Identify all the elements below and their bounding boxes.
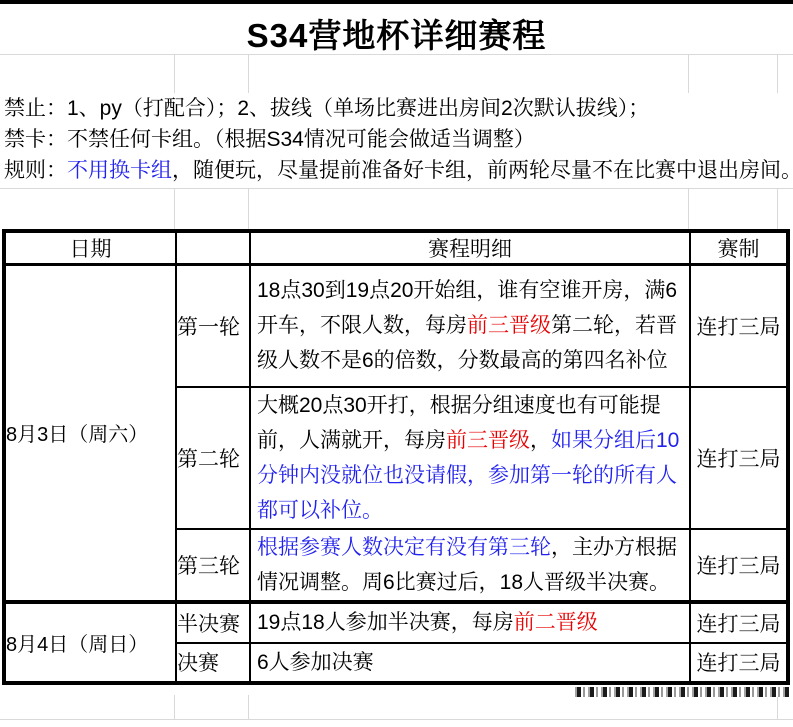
schedule-table: 日期 赛程明细 赛制 8月3日（周六） 第一轮 18点30到19点20开始组，谁… bbox=[2, 229, 790, 685]
detail-text: 18点30到19点20开始组，谁有空谁开房，满6 开车，不限人数，每房前三晋级第… bbox=[251, 273, 689, 378]
round-label: 第一轮 bbox=[176, 265, 250, 387]
rule-text: 禁卡：不禁任何卡组。（根据S34情况可能会做适当调整） bbox=[4, 128, 535, 151]
page-title: S34营地杯详细赛程 bbox=[0, 10, 793, 57]
document-page: { "title": "S34营地杯详细赛程", "rules": { "lin… bbox=[0, 0, 793, 727]
round-label: 决赛 bbox=[176, 643, 250, 683]
rule-text: 规则： bbox=[4, 159, 67, 182]
detail-segment-red: 前三晋级 bbox=[467, 314, 551, 337]
top-border bbox=[0, 0, 793, 4]
detail-segment: 19点18人参加半决赛，每房 bbox=[257, 611, 514, 634]
table-header-row: 日期 赛程明细 赛制 bbox=[4, 231, 788, 265]
grid-line-vertical bbox=[688, 54, 689, 93]
rule-line-general: 规则：不用换卡组，随便玩，尽量提前准备好卡组，前两轮尽量不在比赛中退出房间。 bbox=[4, 157, 793, 185]
watermark bbox=[572, 687, 790, 697]
detail-segment: ， bbox=[530, 429, 551, 452]
grid-line-vertical bbox=[248, 695, 249, 719]
header-format: 赛制 bbox=[690, 231, 788, 265]
header-date: 日期 bbox=[4, 231, 176, 265]
grid-line-vertical bbox=[174, 54, 175, 93]
detail-segment-blue: 根据参赛人数决定有没有第三轮 bbox=[257, 536, 551, 559]
rule-line-banned-decks: 禁卡：不禁任何卡组。（根据S34情况可能会做适当调整） bbox=[4, 126, 793, 154]
header-round-empty bbox=[176, 231, 250, 265]
grid-line-vertical bbox=[174, 188, 175, 229]
rule-text: ，随便玩，尽量提前准备好卡组，前两轮尽量不在比赛中退出房间。 bbox=[172, 159, 793, 182]
grid-line-vertical bbox=[777, 695, 778, 719]
table-row-semifinal: 8月4日（周日） 半决赛 19点18人参加半决赛，每房前二晋级 连打三局 bbox=[4, 602, 788, 643]
detail-text: 根据参赛人数决定有没有第三轮，主办方根据 情况调整。周6比赛过后，18人晋级半决… bbox=[251, 530, 689, 600]
header-detail: 赛程明细 bbox=[250, 231, 690, 265]
grid-line-vertical bbox=[777, 188, 778, 229]
format-cell: 连打三局 bbox=[690, 643, 788, 683]
detail-segment-red: 前二晋级 bbox=[514, 611, 598, 634]
detail-segment-red: 前三晋级 bbox=[446, 429, 530, 452]
grid-line-vertical bbox=[777, 54, 778, 93]
detail-text: 19点18人参加半决赛，每房前二晋级 bbox=[251, 605, 689, 640]
grid-line-horizontal bbox=[0, 54, 793, 55]
rule-text-highlight: 不用换卡组 bbox=[67, 159, 172, 182]
detail-cell: 18点30到19点20开始组，谁有空谁开房，满6 开车，不限人数，每房前三晋级第… bbox=[250, 265, 690, 387]
rule-text: 禁止：1、py（打配合）；2、拔线（单场比赛进出房间2次默认拔线）； bbox=[4, 97, 649, 120]
format-cell: 连打三局 bbox=[690, 602, 788, 643]
grid-line-vertical bbox=[174, 695, 175, 719]
detail-segment: 6人参加决赛 bbox=[257, 651, 374, 674]
detail-text: 6人参加决赛 bbox=[251, 645, 689, 680]
grid-line-horizontal bbox=[0, 188, 793, 189]
grid-line-vertical bbox=[248, 54, 249, 93]
grid-line-vertical bbox=[248, 188, 249, 229]
grid-line-horizontal bbox=[0, 719, 793, 720]
schedule-table-container: 日期 赛程明细 赛制 8月3日（周六） 第一轮 18点30到19点20开始组，谁… bbox=[2, 229, 790, 685]
format-cell: 连打三局 bbox=[690, 387, 788, 529]
date-cell-aug4: 8月4日（周日） bbox=[4, 602, 176, 683]
rule-line-forbidden: 禁止：1、py（打配合）；2、拔线（单场比赛进出房间2次默认拔线）； bbox=[4, 95, 793, 123]
format-cell: 连打三局 bbox=[690, 529, 788, 602]
round-label: 第三轮 bbox=[176, 529, 250, 602]
table-row-round1: 8月3日（周六） 第一轮 18点30到19点20开始组，谁有空谁开房，满6 开车… bbox=[4, 265, 788, 387]
detail-text: 大概20点30开打，根据分组速度也有可能提 前，人满就开，每房前三晋级，如果分组… bbox=[251, 388, 689, 528]
format-cell: 连打三局 bbox=[690, 265, 788, 387]
round-label: 半决赛 bbox=[176, 602, 250, 643]
detail-cell: 6人参加决赛 bbox=[250, 643, 690, 683]
detail-cell: 19点18人参加半决赛，每房前二晋级 bbox=[250, 602, 690, 643]
detail-cell: 根据参赛人数决定有没有第三轮，主办方根据 情况调整。周6比赛过后，18人晋级半决… bbox=[250, 529, 690, 602]
date-cell-aug3: 8月3日（周六） bbox=[4, 265, 176, 602]
grid-line-vertical bbox=[688, 188, 689, 229]
detail-cell: 大概20点30开打，根据分组速度也有可能提 前，人满就开，每房前三晋级，如果分组… bbox=[250, 387, 690, 529]
round-label: 第二轮 bbox=[176, 387, 250, 529]
